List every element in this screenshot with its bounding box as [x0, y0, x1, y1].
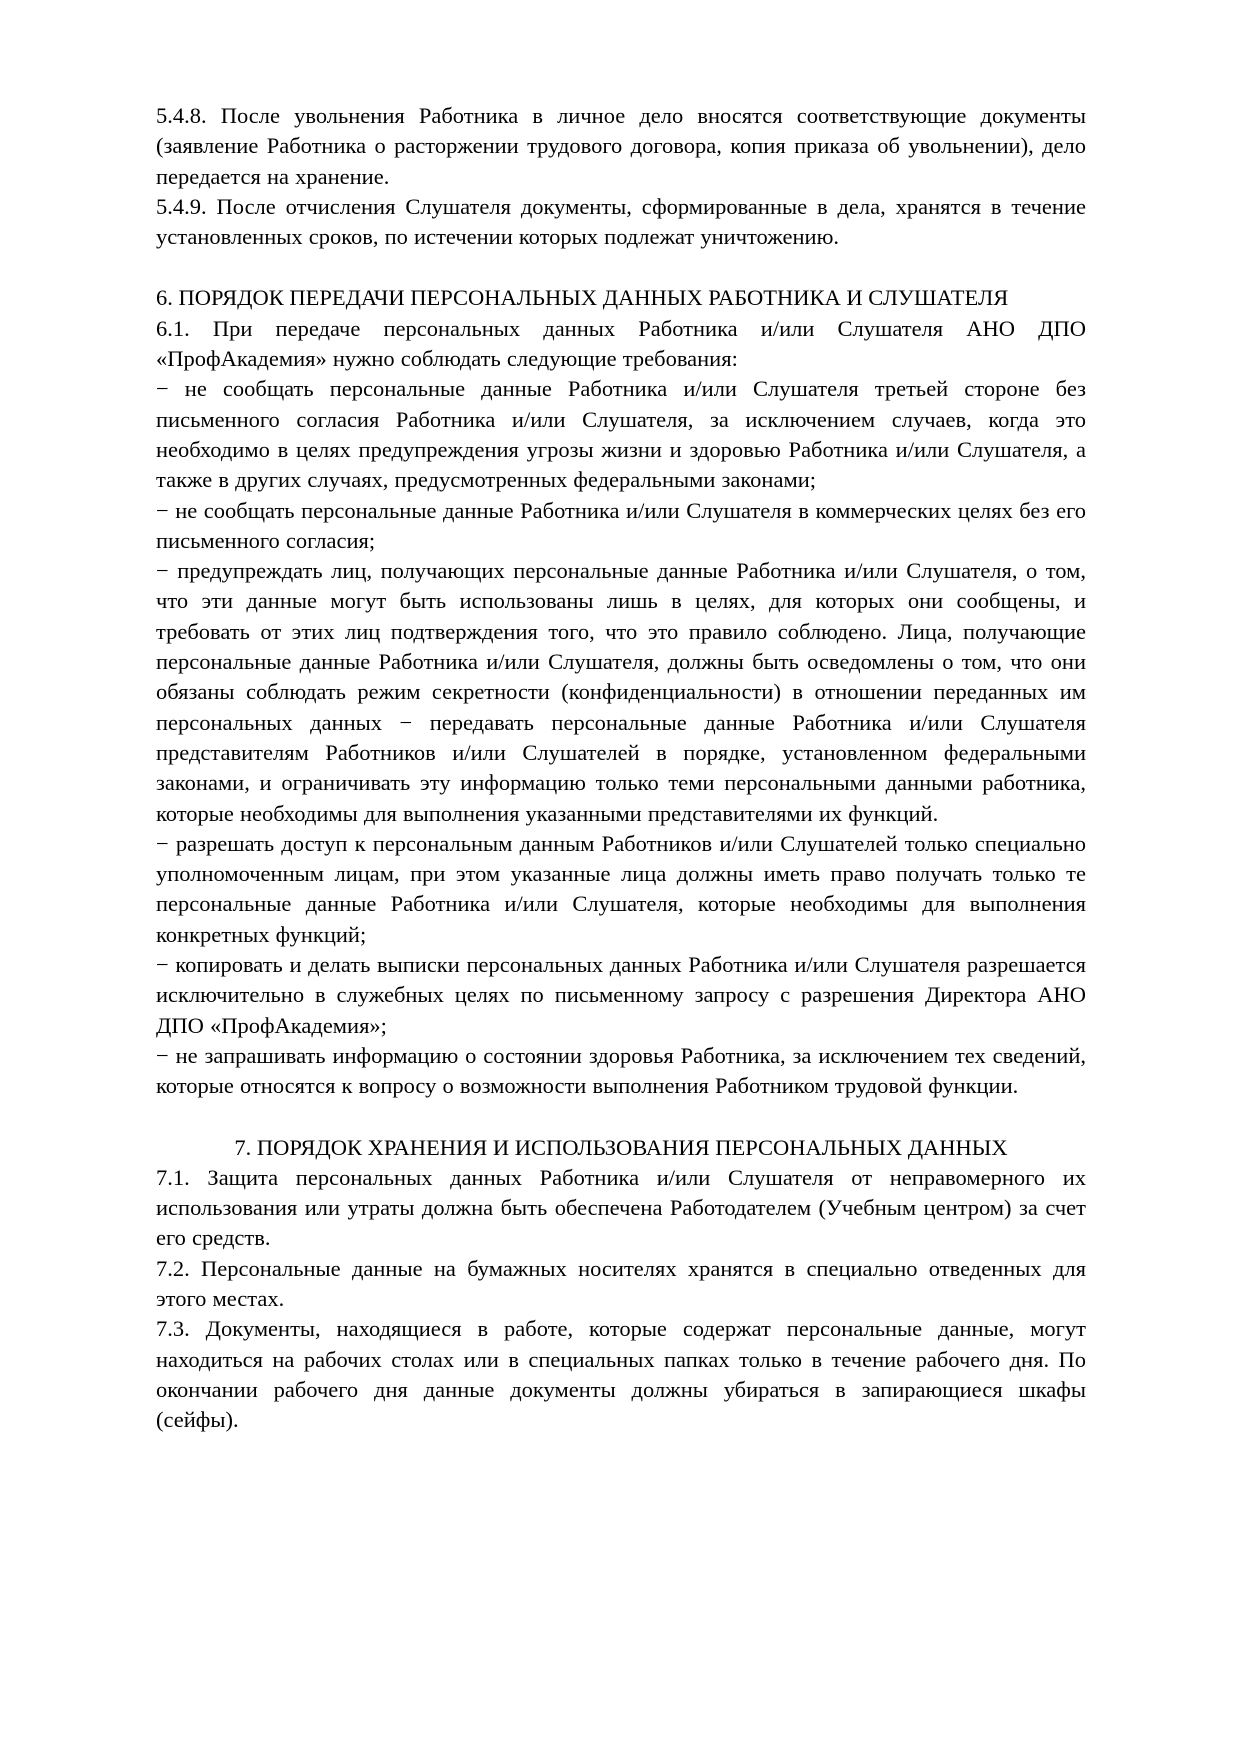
paragraph: − предупреждать лиц, получающих персонал… — [156, 556, 1086, 829]
paragraph: − копировать и делать выписки персональн… — [156, 950, 1086, 1041]
document-page: 5.4.8. После увольнения Работника в личн… — [0, 0, 1241, 1755]
paragraph: − не запрашивать информацию о состоянии … — [156, 1041, 1086, 1102]
document-body: 5.4.8. После увольнения Работника в личн… — [156, 101, 1086, 1435]
paragraph: 7.3. Документы, находящиеся в работе, ко… — [156, 1314, 1086, 1435]
section-heading: 6. ПОРЯДОК ПЕРЕДАЧИ ПЕРСОНАЛЬНЫХ ДАННЫХ … — [156, 283, 1086, 313]
paragraph: 7.1. Защита персональных данных Работник… — [156, 1163, 1086, 1254]
paragraph: 5.4.8. После увольнения Работника в личн… — [156, 101, 1086, 192]
paragraph: 7.2. Персональные данные на бумажных нос… — [156, 1254, 1086, 1315]
paragraph: − разрешать доступ к персональным данным… — [156, 829, 1086, 950]
paragraph: 6.1. При передаче персональных данных Ра… — [156, 314, 1086, 375]
paragraph: − не сообщать персональные данные Работн… — [156, 374, 1086, 495]
paragraph: 5.4.9. После отчисления Слушателя докуме… — [156, 192, 1086, 253]
section-heading: 7. ПОРЯДОК ХРАНЕНИЯ И ИСПОЛЬЗОВАНИЯ ПЕРС… — [156, 1133, 1086, 1163]
paragraph: − не сообщать персональные данные Работн… — [156, 496, 1086, 557]
